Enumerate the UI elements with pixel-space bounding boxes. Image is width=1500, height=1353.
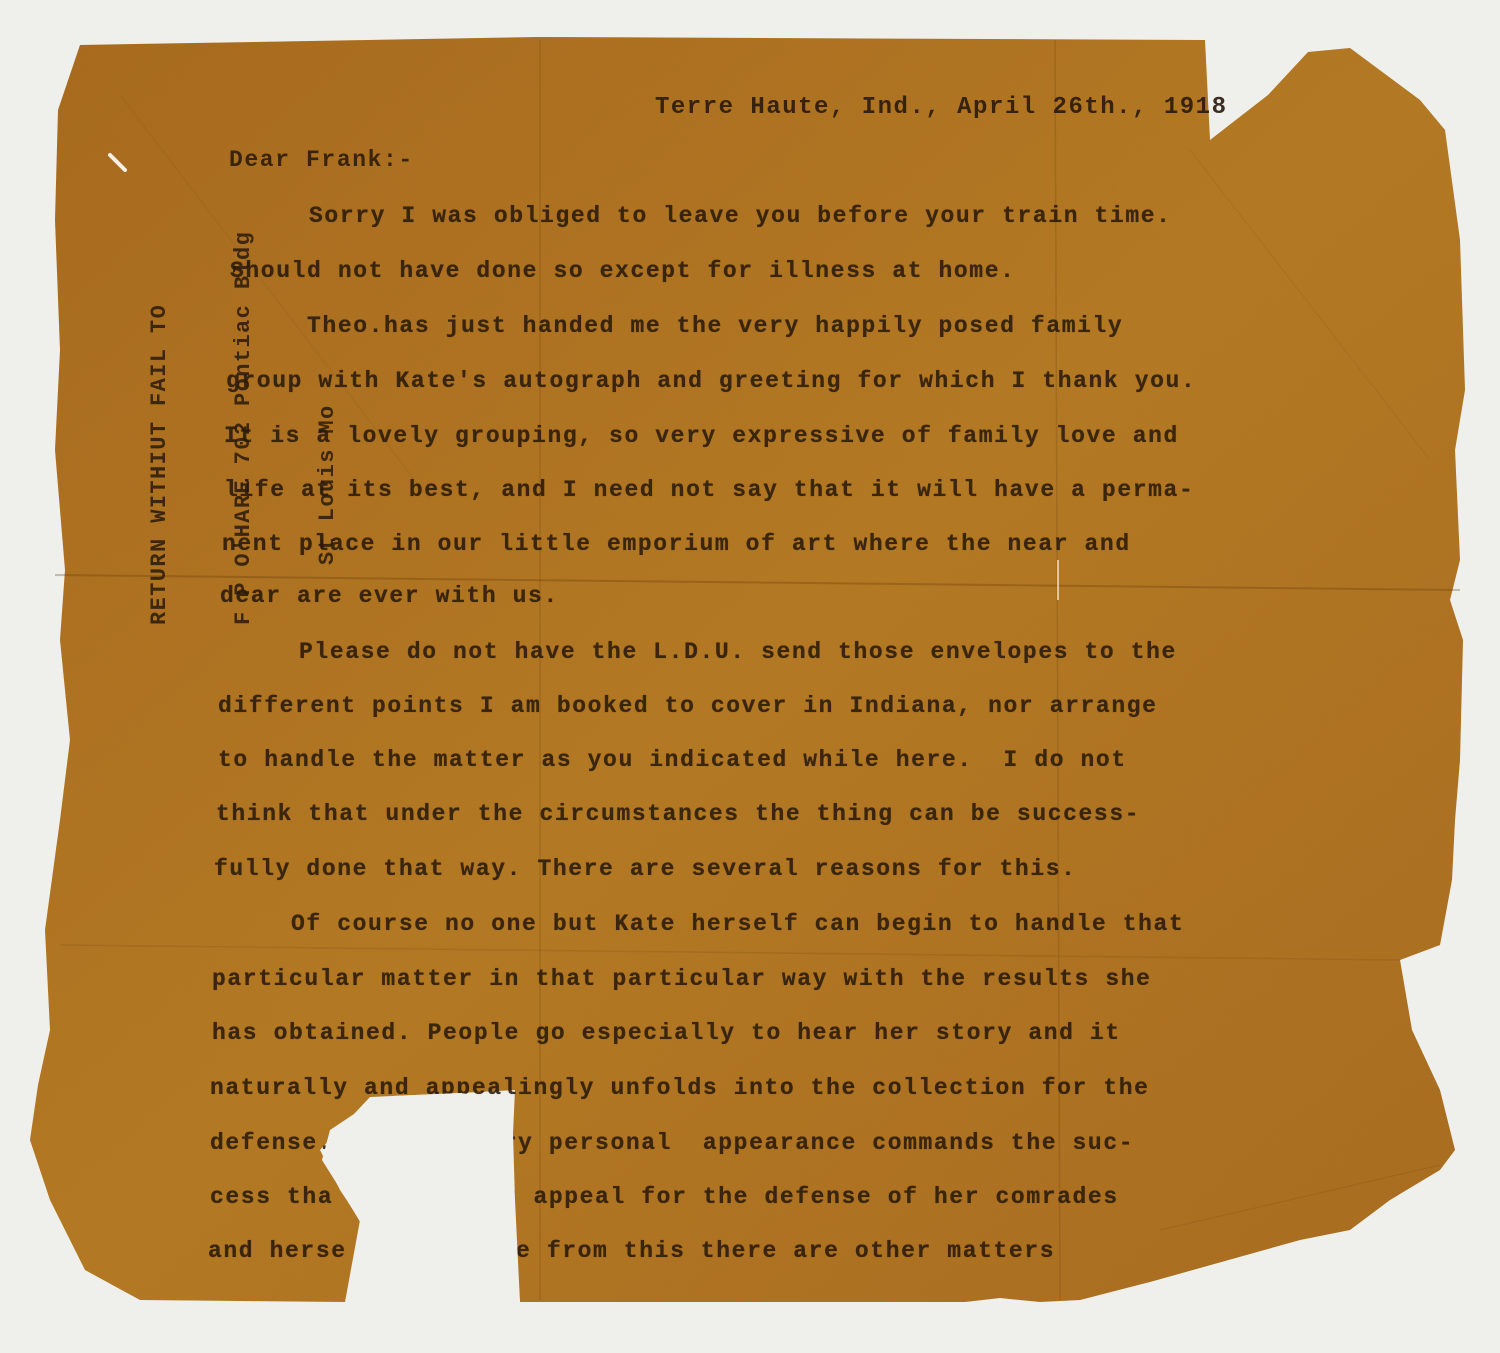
body-line: life at its best, and I need not say tha… xyxy=(224,476,1194,504)
letter-dateline: Terre Haute, Ind., April 26th., 1918 xyxy=(655,94,1227,121)
letter-salutation: Dear Frank:- xyxy=(229,147,414,173)
letter-text: Terre Haute, Ind., April 26th., 1918 Dea… xyxy=(0,0,1500,1353)
body-line: Of course no one but Kate herself can be… xyxy=(214,910,1184,938)
body-line: Should not have done so except for illne… xyxy=(230,257,1016,285)
return-address-line: RETURN WITHIUT FAIL TO xyxy=(146,231,174,625)
body-line: to handle the matter as you indicated wh… xyxy=(218,746,1127,774)
body-line: think that under the circumstances the t… xyxy=(216,800,1140,828)
body-line: Sorry I was obliged to leave you before … xyxy=(232,202,1172,230)
body-line: fully done that way. There are several r… xyxy=(214,855,1077,883)
body-line: different points I am booked to cover in… xyxy=(218,692,1158,720)
body-line: Please do not have the L.D.U. send those… xyxy=(222,638,1177,666)
body-line: dear are ever with us. xyxy=(220,582,559,610)
body-line: particular matter in that particular way… xyxy=(212,965,1152,993)
body-line: group with Kate's autograph and greeting… xyxy=(226,367,1196,395)
body-line: defense. ery personal appearance command… xyxy=(210,1129,1134,1157)
body-line: nent place in our little emporium of art… xyxy=(222,530,1131,558)
body-line: naturally and appealingly unfolds into t… xyxy=(210,1074,1150,1102)
body-line: cess tha er appeal for the defense of he… xyxy=(210,1183,1119,1211)
body-line: It is a lovely grouping, so very express… xyxy=(224,422,1179,450)
body-line: has obtained. People go especially to he… xyxy=(212,1019,1121,1047)
body-line: and herse side from this there are other… xyxy=(208,1237,1055,1265)
body-line: Theo.has just handed me the very happily… xyxy=(230,312,1123,340)
